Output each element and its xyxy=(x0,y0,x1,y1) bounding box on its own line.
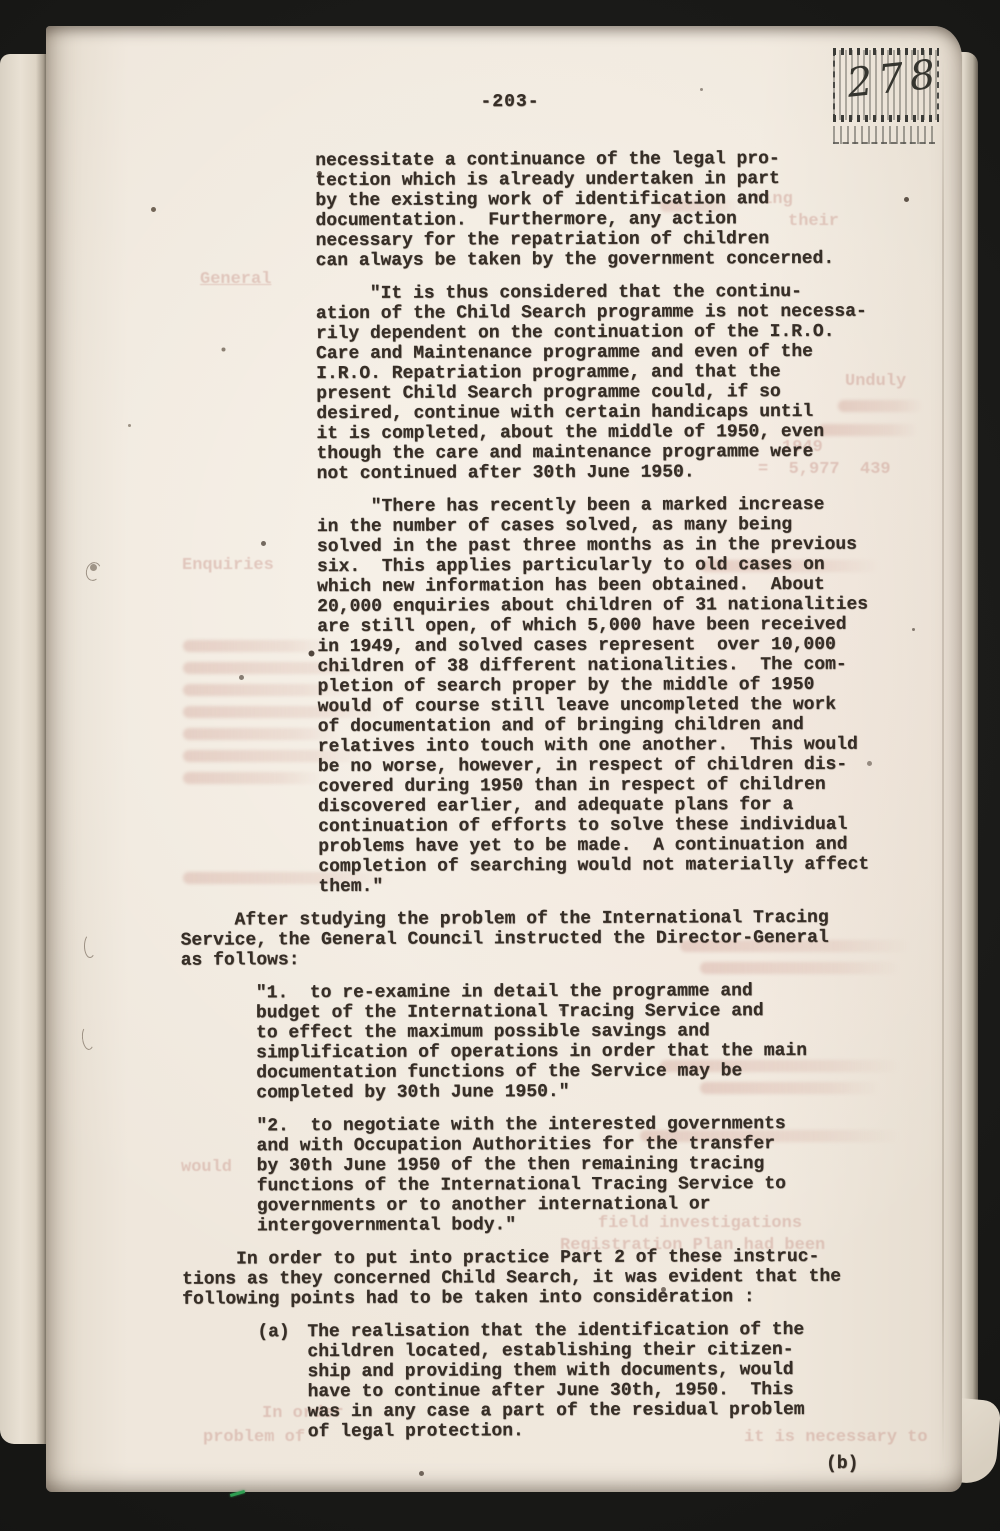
stamp-number: 278 xyxy=(845,51,944,107)
paragraph-instruction-2: "2. to negotiate with the interested gov… xyxy=(256,1113,922,1236)
item-a-marker: (a) xyxy=(257,1322,308,1442)
scanned-document: { "page": { "number": "-203-", "stamp_nu… xyxy=(0,0,1000,1531)
paragraph-quote-1: necessitate a continuance of the legal p… xyxy=(315,148,918,271)
paragraph-quote-3: "There has recently been a marked increa… xyxy=(317,494,921,897)
page-number: -203- xyxy=(450,92,570,112)
paragraph-instruction-1: "1. to re-examine in detail the programm… xyxy=(256,980,922,1103)
margin-mark xyxy=(84,934,96,958)
item-a-text: The realisation that the identification … xyxy=(307,1319,923,1442)
paragraph-quote-2: "It is thus considered that the continu-… xyxy=(316,281,919,484)
paragraph-body-1: After studying the problem of the Intern… xyxy=(180,907,920,970)
adjacent-page-edge xyxy=(0,54,46,1444)
catchword-b: (b) xyxy=(826,1454,858,1474)
paragraph-item-a: (a) The realisation that the identificat… xyxy=(257,1319,923,1442)
paragraph-body-2: In order to put into practice Part 2 of … xyxy=(182,1246,922,1309)
stamp-hatch-strip xyxy=(833,126,935,144)
archive-stamp: 278 xyxy=(833,50,939,120)
dust-specks xyxy=(0,0,3,3)
typed-text-column: necessitate a continuance of the legal p… xyxy=(177,148,923,1455)
